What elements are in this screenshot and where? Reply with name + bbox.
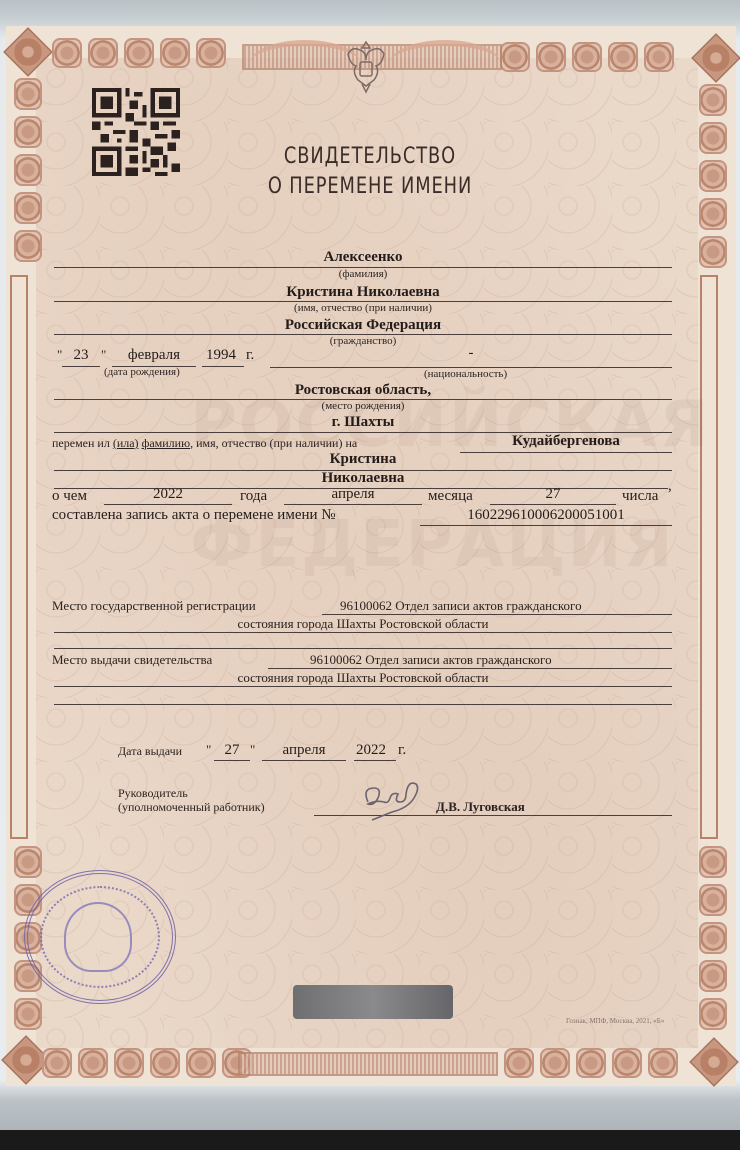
issue-place-line2: состояния города Шахты Ростовской област… bbox=[54, 670, 672, 686]
top-border-left bbox=[52, 38, 226, 68]
given-names-caption: (имя, отчество (при наличии) bbox=[54, 302, 672, 314]
issue-year-suffix: г. bbox=[398, 742, 406, 759]
surname-caption: (фамилия) bbox=[54, 268, 672, 280]
act-label: составлена запись акта о перемене имени … bbox=[52, 507, 336, 524]
birthplace-caption: (место рождения) bbox=[54, 400, 672, 412]
new-name-value: Кристина bbox=[54, 451, 672, 468]
bottom-border-right bbox=[504, 1048, 678, 1078]
bottom-border-left bbox=[42, 1048, 252, 1078]
record-year-value: 2022 bbox=[104, 486, 232, 503]
act-number-value: 160229610006200051001 bbox=[420, 507, 672, 524]
issue-day-value: 27 bbox=[214, 742, 250, 759]
change-label-part: перемен ил bbox=[52, 436, 113, 450]
comma: , bbox=[668, 478, 672, 495]
official-name: Д.В. Луговская bbox=[436, 799, 525, 815]
field-line bbox=[268, 668, 672, 669]
field-line bbox=[354, 760, 396, 761]
nationality-caption: (национальность) bbox=[424, 368, 507, 380]
field-line bbox=[62, 366, 100, 367]
birthplace-line1: Ростовская область, bbox=[54, 382, 672, 399]
issue-date-label: Дата выдачи bbox=[118, 744, 182, 759]
quote-mark: " bbox=[206, 742, 211, 758]
certificate-title-line1: СВИДЕТЕЛЬСТВО bbox=[217, 144, 523, 169]
field-line bbox=[214, 760, 250, 761]
field-line bbox=[490, 504, 616, 505]
bottom-center-band bbox=[238, 1052, 498, 1076]
quote-mark: " bbox=[101, 347, 106, 363]
record-day-value: 27 bbox=[490, 486, 616, 503]
ribbon-right-icon bbox=[390, 40, 500, 86]
birth-day-value: 23 bbox=[62, 347, 100, 364]
field-line bbox=[54, 648, 672, 649]
registration-place-line1: 96100062 Отдел записи актов гражданского bbox=[340, 598, 582, 614]
field-line bbox=[54, 704, 672, 705]
new-surname-value: Кудайбергенова bbox=[460, 433, 672, 450]
goda-label: года bbox=[240, 488, 267, 505]
birth-year-value: 1994 bbox=[206, 347, 236, 364]
birth-date-caption: (дата рождения) bbox=[104, 366, 180, 378]
head-label: Руководитель bbox=[118, 786, 188, 801]
issue-year-value: 2022 bbox=[356, 742, 386, 759]
qr-code-icon bbox=[92, 88, 180, 176]
official-seal-stamp bbox=[24, 870, 176, 1004]
nationality-value: - bbox=[270, 345, 672, 362]
field-line bbox=[322, 614, 672, 615]
new-patronymic-value: Николаевна bbox=[54, 470, 672, 487]
printer-info: Гознак, МПФ, Москва, 2021, «Б» bbox=[566, 1017, 664, 1025]
given-names-value: Кристина Николаевна bbox=[54, 284, 672, 301]
change-label-part: , имя, отчество (при наличии) на bbox=[190, 436, 357, 450]
issue-place-label: Место выдачи свидетельства bbox=[52, 652, 212, 668]
field-line bbox=[420, 525, 672, 526]
mesyatsa-label: месяца bbox=[428, 488, 473, 505]
birth-month-value: февраля bbox=[112, 347, 196, 364]
registration-place-line2: состояния города Шахты Ростовской област… bbox=[54, 616, 672, 632]
signature-icon bbox=[350, 772, 430, 828]
field-line bbox=[262, 760, 346, 761]
redacted-serial-number bbox=[293, 985, 453, 1019]
certificate-title-line2: О ПЕРЕМЕНЕ ИМЕНИ bbox=[217, 174, 523, 199]
change-label: перемен ил (ила) фамилию, имя, отчество … bbox=[52, 436, 357, 451]
year-suffix: г. bbox=[246, 347, 254, 364]
quote-mark: " bbox=[250, 742, 255, 758]
coat-of-arms-icon bbox=[340, 36, 392, 98]
record-month-value: апреля bbox=[284, 486, 422, 503]
field-line bbox=[54, 686, 672, 687]
o-chem-label: о чем bbox=[52, 488, 87, 505]
change-label-underlined: фамилию bbox=[142, 436, 191, 450]
surname-value: Алексеенко bbox=[54, 249, 672, 266]
issue-month-value: апреля bbox=[262, 742, 346, 759]
field-line bbox=[284, 504, 422, 505]
birthplace-line2: г. Шахты bbox=[54, 414, 672, 431]
change-label-struck: (ила) bbox=[113, 436, 139, 450]
authorized-officer-label: (уполномоченный работник) bbox=[118, 800, 265, 815]
field-line bbox=[202, 366, 244, 367]
chisla-label: числа bbox=[622, 488, 658, 505]
top-border-right bbox=[500, 42, 674, 72]
field-line bbox=[104, 504, 232, 505]
citizenship-value: Российская Федерация bbox=[54, 317, 672, 334]
issue-place-line1: 96100062 Отдел записи актов гражданского bbox=[310, 652, 552, 668]
field-line bbox=[54, 632, 672, 633]
registration-place-label: Место государственной регистрации bbox=[52, 598, 256, 614]
